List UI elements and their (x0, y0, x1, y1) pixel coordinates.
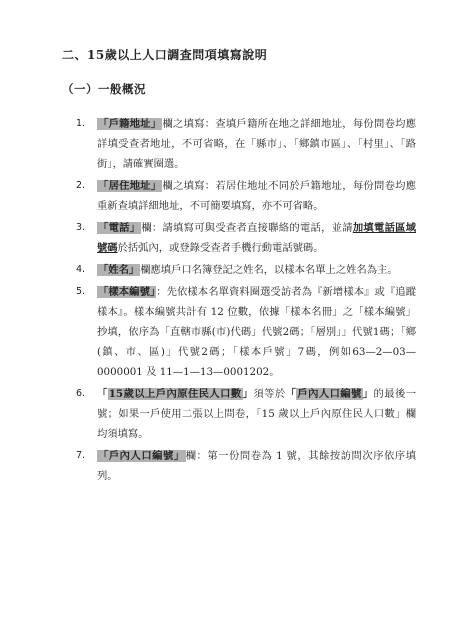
highlighted-field-name: 「居住地址」 (97, 180, 162, 192)
highlighted-field-name: 15歲以上戶內原住民人口數 (108, 388, 243, 400)
body-text: 「 (286, 388, 297, 400)
highlighted-field-name: 「樣本編號」 (97, 286, 156, 298)
body-text: 」 (243, 388, 254, 400)
list-item-number: 6. (76, 384, 85, 404)
highlighted-field-name: 戶內人口編號 (296, 388, 362, 400)
section-heading: （一）一般概況 (62, 83, 416, 97)
document-page: 二、15歲以上人口調查問項填寫說明 （一）一般概況 1.「戶籍地址」欄之填寫：查… (0, 0, 452, 640)
list-item-number: 3. (76, 218, 85, 238)
list-item: 1.「戶籍地址」欄之填寫：查填戶籍所在地之詳細地址，每份問卷均應詳填受查者地址，… (62, 114, 416, 174)
list-item-number: 2. (76, 176, 85, 196)
list-item: 7.「戶內人口編號」欄：第一份問卷為 1 號，其餘按訪問次序依序填列。 (62, 446, 416, 486)
highlighted-field-name: 「戶籍地址」 (97, 118, 162, 130)
body-text: ：先依樣本名單資料圈選受訪者為『新增樣本』或『追蹤樣本』。樣本編號共計有 12 … (97, 286, 416, 378)
body-text: 「 (97, 388, 108, 400)
instruction-list: 1.「戶籍地址」欄之填寫：查填戶籍所在地之詳細地址，每份問卷均應詳填受查者地址，… (62, 114, 416, 486)
list-item: 3.「電話」欄：請填寫可與受查者直接聯絡的電話，並請加填電話區域號碼於括弧內，或… (62, 218, 416, 258)
highlighted-field-name: 「電話」 (97, 222, 141, 234)
highlighted-field-name: 「姓名」 (97, 264, 140, 276)
list-item: 6.「15歲以上戶內原住民人口數」須等於「戶內人口編號」的最後一號；如果一戶使用… (62, 384, 416, 444)
list-item-number: 5. (76, 282, 85, 302)
body-text: 欄應填戶口名簿登記之姓名，以樣本名單上之姓名為主。 (140, 264, 397, 276)
highlighted-field-name: 「戶內人口編號」 (97, 450, 186, 462)
list-item: 4.「姓名」欄應填戶口名簿登記之姓名，以樣本名單上之姓名為主。 (62, 260, 416, 280)
page-title: 二、15歲以上人口調查問項填寫說明 (62, 48, 416, 62)
body-text: 須等於 (253, 388, 285, 400)
list-item: 5.「樣本編號」：先依樣本名單資料圈選受訪者為『新增樣本』或『追蹤樣本』。樣本編… (62, 282, 416, 382)
body-text: 欄：請填寫可與受查者直接聯絡的電話，並請 (141, 222, 353, 234)
list-item-number: 1. (76, 114, 85, 134)
list-item-number: 7. (76, 446, 85, 466)
body-text: 於括弧內，或登錄受查者手機行動電話號碼。 (118, 242, 324, 254)
body-text: 」 (363, 388, 374, 400)
list-item: 2.「居住地址」欄之填寫：若居住地址不同於戶籍地址，每份問卷均應重新查填詳細地址… (62, 176, 416, 216)
list-item-number: 4. (76, 260, 85, 280)
